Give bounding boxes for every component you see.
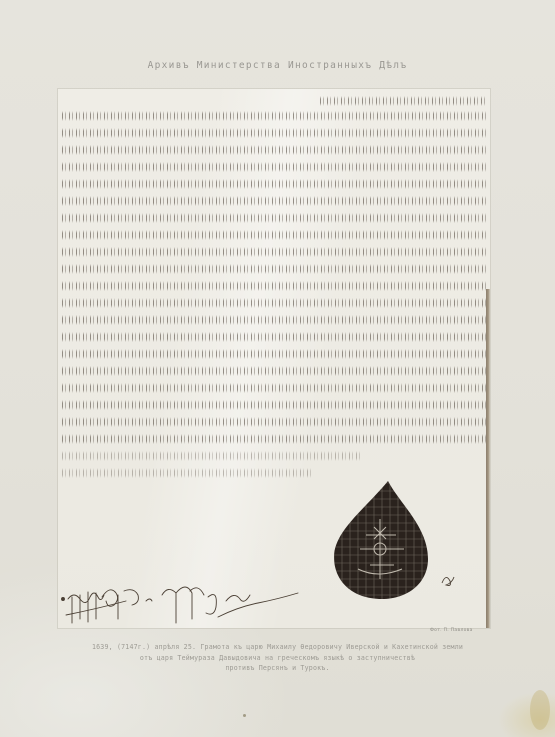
handwritten-line: Greek handwriting line 8: [62, 213, 488, 223]
photo-edge-shadow: [486, 289, 490, 628]
handwritten-line: Greek handwriting closing line: [62, 468, 312, 478]
handwritten-line: Greek handwriting line 7: [62, 196, 488, 206]
handwritten-line: Greek handwriting line 22: [62, 451, 362, 461]
handwritten-line: Greek handwriting line 4: [62, 145, 488, 155]
handwritten-line: Greek handwriting line 5: [62, 162, 488, 172]
handwritten-line: Greek handwriting line 10: [62, 247, 488, 257]
foxing-stain: [530, 690, 550, 730]
handwritten-line: Greek handwriting line 19: [62, 400, 488, 410]
handwritten-line: Greek handwriting line 15: [62, 332, 488, 342]
photo-credit: Фот. П. Павлова: [430, 628, 473, 633]
handwritten-line: Greek handwriting line 18: [62, 383, 488, 393]
handwritten-line: Greek handwriting line 2: [62, 111, 488, 121]
handwritten-line: Greek handwriting line 12: [62, 281, 488, 291]
handwritten-line: Greek handwriting line 1: [320, 96, 488, 106]
handwritten-line: Greek handwriting line 13: [62, 298, 488, 308]
handwritten-line: Greek handwriting line 21: [62, 434, 488, 444]
handwritten-line: Greek handwriting line 17: [62, 366, 488, 376]
handwritten-line: Greek handwriting line 14: [62, 315, 488, 325]
handwritten-line: Greek handwriting line 11: [62, 264, 488, 274]
handwritten-line: Greek handwriting line 16: [62, 349, 488, 359]
archive-header: Архивъ Министерства Иностранныхъ Дѣлъ: [0, 60, 555, 71]
caption-line: отъ царя Теймураза Давыдовича на греческ…: [0, 653, 555, 664]
signature-icon: [58, 577, 358, 627]
plate-caption: 1639, (7147г.) апрѣля 25. Грамота къ цар…: [0, 642, 555, 674]
handwritten-line: Greek handwriting line 20: [62, 417, 488, 427]
flourish-mark-icon: [438, 569, 458, 589]
caption-line: 1639, (7147г.) апрѣля 25. Грамота къ цар…: [0, 642, 555, 653]
caption-line: противъ Персянъ и Турокъ.: [0, 663, 555, 674]
document-photograph: Greek handwriting line 1Greek handwritin…: [58, 89, 490, 628]
handwritten-line: Greek handwriting line 9: [62, 230, 488, 240]
wax-seal-icon: [330, 479, 430, 601]
handwritten-line: Greek handwriting line 6: [62, 179, 488, 189]
foxing-stain: [243, 714, 246, 717]
handwritten-line: Greek handwriting line 3: [62, 128, 488, 138]
